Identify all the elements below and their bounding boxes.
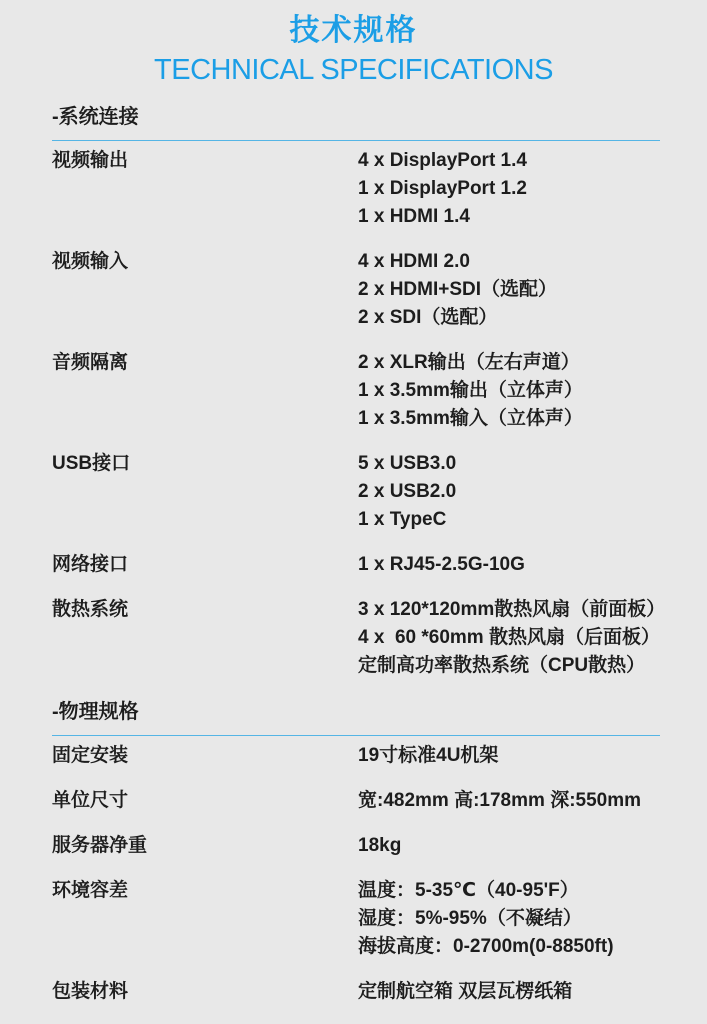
spec-row: 网络接口 1 x RJ45-2.5G-10G [52, 551, 660, 579]
spec-value-line: 海拔高度：0-2700m(0-8850ft) [358, 933, 660, 961]
spec-value-line: 1 x RJ45-2.5G-10G [358, 551, 660, 579]
spec-section: -物理规格 固定安装 19寸标准4U机架 单位尺寸 宽:482mm 高:178m… [52, 700, 660, 1006]
spec-value-line: 湿度：5%-95%（不凝结） [358, 905, 660, 933]
spec-label: 单位尺寸 [52, 787, 358, 815]
spec-values: 温度：5-35℃（40-95'F）湿度：5%-95%（不凝结）海拔高度：0-27… [358, 877, 660, 961]
spec-value-line: 4 x 60 *60mm 散热风扇（后面板） [358, 624, 660, 652]
spec-values: 宽:482mm 高:178mm 深:550mm [358, 787, 660, 815]
spec-value-line: 5 x USB3.0 [358, 450, 660, 478]
spec-label: USB接口 [52, 450, 358, 478]
spec-values: 19寸标准4U机架 [358, 742, 660, 770]
spec-label: 音频隔离 [52, 349, 358, 377]
spec-value-line: 1 x TypeC [358, 506, 660, 534]
spec-row: 单位尺寸 宽:482mm 高:178mm 深:550mm [52, 787, 660, 815]
spec-rows: 固定安装 19寸标准4U机架 单位尺寸 宽:482mm 高:178mm 深:55… [52, 736, 660, 1006]
spec-row: 环境容差 温度：5-35℃（40-95'F）湿度：5%-95%（不凝结）海拔高度… [52, 877, 660, 961]
spec-values: 2 x XLR输出（左右声道）1 x 3.5mm输出（立体声）1 x 3.5mm… [358, 349, 660, 433]
spec-value-line: 18kg [358, 832, 660, 860]
spec-values: 3 x 120*120mm散热风扇（前面板）4 x 60 *60mm 散热风扇（… [358, 596, 660, 680]
spec-values: 5 x USB3.02 x USB2.01 x TypeC [358, 450, 660, 534]
spec-label: 环境容差 [52, 877, 358, 905]
spec-row: 固定安装 19寸标准4U机架 [52, 742, 660, 770]
spec-row: 视频输入 4 x HDMI 2.02 x HDMI+SDI（选配）2 x SDI… [52, 248, 660, 332]
spec-values: 1 x RJ45-2.5G-10G [358, 551, 660, 579]
spec-label: 包装材料 [52, 978, 358, 1006]
spec-value-line: 1 x DisplayPort 1.2 [358, 175, 660, 203]
spec-value-line: 2 x HDMI+SDI（选配） [358, 276, 660, 304]
spec-label: 网络接口 [52, 551, 358, 579]
spec-row: 视频输出 4 x DisplayPort 1.41 x DisplayPort … [52, 147, 660, 231]
spec-value-line: 2 x USB2.0 [358, 478, 660, 506]
spec-value-line: 2 x XLR输出（左右声道） [358, 349, 660, 377]
spec-value-line: 1 x 3.5mm输入（立体声） [358, 405, 660, 433]
spec-value-line: 1 x 3.5mm输出（立体声） [358, 377, 660, 405]
spec-values: 4 x HDMI 2.02 x HDMI+SDI（选配）2 x SDI（选配） [358, 248, 660, 332]
spec-values: 18kg [358, 832, 660, 860]
spec-sheet: 技术规格 TECHNICAL SPECIFICATIONS -系统连接 视频输出… [0, 0, 707, 1024]
spec-row: USB接口 5 x USB3.02 x USB2.01 x TypeC [52, 450, 660, 534]
spec-label: 固定安装 [52, 742, 358, 770]
spec-label: 视频输入 [52, 248, 358, 276]
spec-rows: 视频输出 4 x DisplayPort 1.41 x DisplayPort … [52, 141, 660, 680]
spec-value-line: 宽:482mm 高:178mm 深:550mm [358, 787, 660, 815]
spec-value-line: 定制高功率散热系统（CPU散热） [358, 652, 660, 680]
spec-row: 音频隔离 2 x XLR输出（左右声道）1 x 3.5mm输出（立体声）1 x … [52, 349, 660, 433]
spec-section: -系统连接 视频输出 4 x DisplayPort 1.41 x Displa… [52, 105, 660, 680]
section-heading: -物理规格 [52, 700, 660, 724]
spec-row: 服务器净重 18kg [52, 832, 660, 860]
spec-values: 定制航空箱 双层瓦楞纸箱 [358, 978, 660, 1006]
page-subtitle: TECHNICAL SPECIFICATIONS [0, 56, 707, 85]
spec-label: 散热系统 [52, 596, 358, 624]
spec-value-line: 4 x HDMI 2.0 [358, 248, 660, 276]
sections-container: -系统连接 视频输出 4 x DisplayPort 1.41 x Displa… [0, 105, 707, 1006]
spec-value-line: 温度：5-35℃（40-95'F） [358, 877, 660, 905]
spec-value-line: 4 x DisplayPort 1.4 [358, 147, 660, 175]
page-title: 技术规格 [0, 0, 707, 46]
spec-value-line: 3 x 120*120mm散热风扇（前面板） [358, 596, 660, 624]
spec-row: 散热系统 3 x 120*120mm散热风扇（前面板）4 x 60 *60mm … [52, 596, 660, 680]
spec-value-line: 2 x SDI（选配） [358, 304, 660, 332]
spec-row: 包装材料 定制航空箱 双层瓦楞纸箱 [52, 978, 660, 1006]
spec-label: 视频输出 [52, 147, 358, 175]
spec-value-line: 19寸标准4U机架 [358, 742, 660, 770]
spec-value-line: 1 x HDMI 1.4 [358, 203, 660, 231]
spec-value-line: 定制航空箱 双层瓦楞纸箱 [358, 978, 660, 1006]
spec-values: 4 x DisplayPort 1.41 x DisplayPort 1.21 … [358, 147, 660, 231]
section-heading: -系统连接 [52, 105, 660, 129]
spec-label: 服务器净重 [52, 832, 358, 860]
